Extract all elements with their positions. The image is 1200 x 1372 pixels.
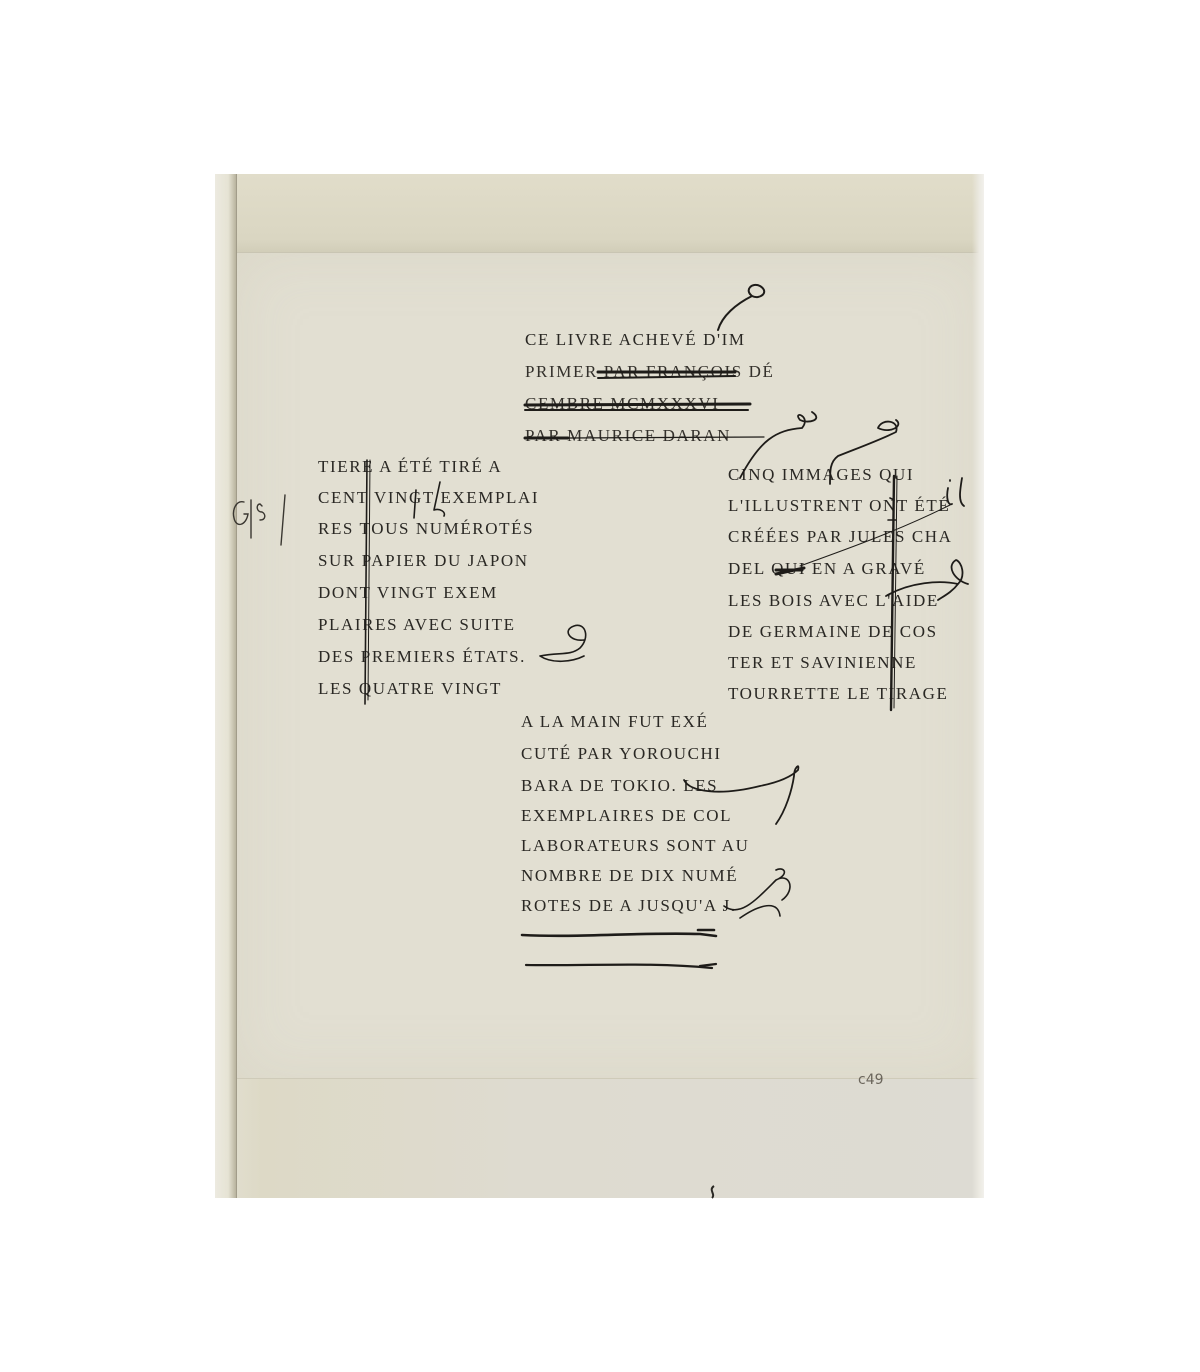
left-line-7: DES PREMIERS ÉTATS. bbox=[318, 647, 526, 667]
right-line-6: DE GERMAINE DE COS bbox=[728, 622, 938, 642]
bottom-line-7: ROTES DE A JUSQU'A J. bbox=[521, 896, 737, 916]
page-right-edge bbox=[972, 174, 984, 1198]
bottom-line-1: A LA MAIN FUT EXÉ bbox=[521, 712, 708, 732]
right-line-7: TER ET SAVINIENNE bbox=[728, 653, 917, 673]
left-line-6: PLAIRES AVEC SUITE bbox=[318, 615, 516, 635]
left-line-4: SUR PAPIER DU JAPON bbox=[318, 551, 529, 571]
left-line-1: TIERE A ÉTÉ TIRÉ A bbox=[318, 457, 502, 477]
page-left-edge bbox=[215, 174, 237, 1198]
right-line-2: L'ILLUSTRENT ONT ÉTÉ bbox=[728, 496, 950, 516]
top-line-3: CEMBRE MCMXXXVI bbox=[525, 394, 720, 414]
pencil-note: c49 bbox=[858, 1072, 884, 1088]
left-line-5: DONT VINGT EXEM bbox=[318, 583, 498, 603]
left-line-3: RES TOUS NUMÉROTÉS bbox=[318, 519, 534, 539]
underlying-sheet-top bbox=[215, 174, 984, 256]
bottom-line-3: BARA DE TOKIO. LES bbox=[521, 776, 718, 796]
left-line-8: LES QUATRE VINGT bbox=[318, 679, 502, 699]
top-line-4: PAR MAURICE DARAN bbox=[525, 426, 731, 446]
right-line-5: LES BOIS AVEC L'AIDE bbox=[728, 591, 939, 611]
bottom-line-2: CUTÉ PAR YOROUCHI bbox=[521, 744, 722, 764]
right-line-8: TOURRETTE LE TIRAGE bbox=[728, 684, 949, 704]
right-line-3: CRÉÉES PAR JULES CHA bbox=[728, 527, 953, 547]
right-line-4: DEL QUI EN A GRAVÉ bbox=[728, 559, 926, 579]
bottom-line-5: LABORATEURS SONT AU bbox=[521, 836, 749, 856]
right-line-1: CINQ IMMAGES QUI bbox=[728, 465, 914, 485]
top-line-1: CE LIVRE ACHEVÉ D'IM bbox=[525, 330, 746, 350]
left-line-2: CENT VINGT EXEMPLAI bbox=[318, 488, 539, 508]
bottom-line-4: EXEMPLAIRES DE COL bbox=[521, 806, 732, 826]
bottom-line-6: NOMBRE DE DIX NUMÉ bbox=[521, 866, 738, 886]
top-line-2: PRIMER PAR FRANÇOIS DÉ bbox=[525, 362, 775, 382]
